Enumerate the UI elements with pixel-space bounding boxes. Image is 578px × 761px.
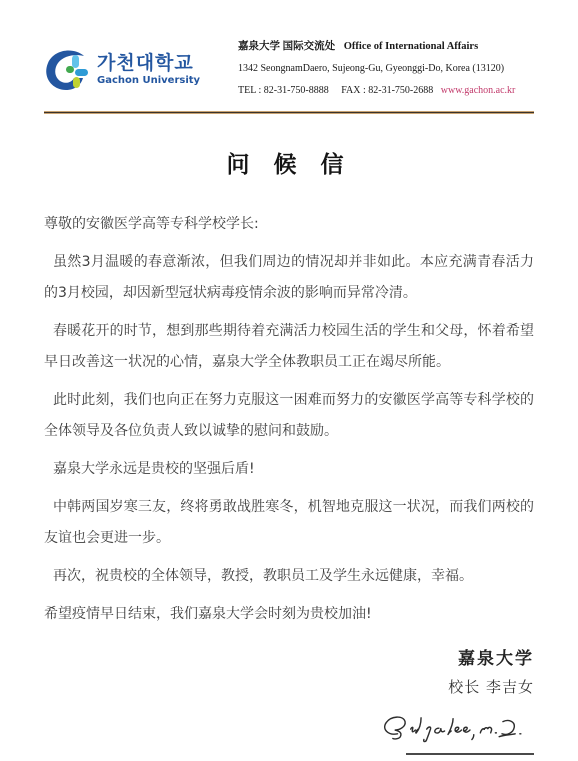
university-logo: 가천대학교 Gachon University — [44, 46, 200, 94]
gachon-logo-mark — [44, 46, 92, 94]
letterhead-divider — [44, 111, 534, 114]
logo-korean-name: 가천대학교 — [97, 54, 200, 73]
paragraph: 再次，祝贵校的全体领导，教授，教职员工及学生永远健康，幸福。 — [44, 561, 534, 592]
signature-university: 嘉泉大学 — [44, 644, 534, 669]
letter-body: 尊敬的安徽医学高等专科学校学长: 虽然3月温暖的春意渐浓，但我们周边的情况却并非… — [44, 209, 534, 630]
paragraph: 嘉泉大学永远是贵校的坚强后盾! — [44, 454, 534, 485]
handwritten-signature — [374, 711, 534, 755]
office-department: 嘉泉大学 国际交流处 Office of International Affai… — [238, 36, 534, 58]
office-contact-line: TEL : 82-31-750-8888 FAX : 82-31-750-268… — [238, 80, 534, 102]
logo-english-name: Gachon University — [97, 76, 200, 86]
letter-title: 问 候 信 — [44, 146, 534, 179]
office-department-cjk: 嘉泉大学 国际交流处 — [238, 41, 335, 52]
letterhead: 가천대학교 Gachon University 嘉泉大学 国际交流处 Offic… — [44, 36, 534, 102]
paragraph: 中韩两国岁寒三友，终将勇敢战胜寒冬，机智地克服这一状况，而我们两校的友谊也会更进… — [44, 492, 534, 554]
office-address: 1342 SeongnamDaero, Sujeong-Gu, Gyeonggi… — [238, 58, 534, 80]
signature-signer: 校长 李吉女 — [44, 676, 534, 697]
signature-line — [406, 753, 534, 755]
paragraph: 此时此刻，我们也向正在努力克服这一困难而努力的安徽医学高等专科学校的全体领导及各… — [44, 385, 534, 447]
paragraph: 春暖花开的时节，想到那些期待着充满活力校园生活的学生和父母，怀着希望早日改善这一… — [44, 316, 534, 378]
salutation: 尊敬的安徽医学高等专科学校学长: — [44, 209, 534, 240]
letter-page: 가천대학교 Gachon University 嘉泉大学 国际交流处 Offic… — [0, 0, 578, 761]
office-website-link[interactable]: www.gachon.ac.kr — [441, 85, 516, 96]
office-department-en: Office of International Affairs — [344, 41, 478, 52]
office-fax: FAX : 82-31-750-2688 — [341, 85, 433, 96]
paragraph: 虽然3月温暖的春意渐浓，但我们周边的情况却并非如此。本应充满青春活力的3月校园，… — [44, 247, 534, 309]
signature-block: 嘉泉大学 校长 李吉女 — [44, 644, 534, 759]
closing-paragraph: 希望疫情早日结束，我们嘉泉大学会时刻为贵校加油! — [44, 599, 534, 630]
handwritten-signature-icon — [374, 711, 534, 751]
office-tel: TEL : 82-31-750-8888 — [238, 85, 329, 96]
logo-text: 가천대학교 Gachon University — [97, 54, 200, 86]
office-info: 嘉泉大学 国际交流处 Office of International Affai… — [238, 36, 534, 102]
